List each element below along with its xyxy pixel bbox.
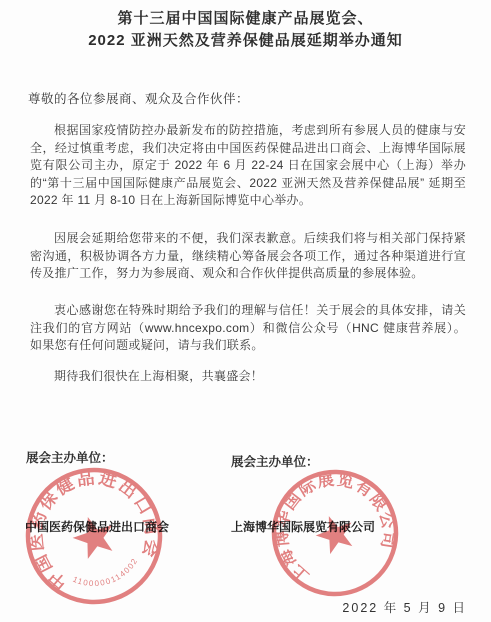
body-paragraph: 因展会延期给您带来的不便，我们深表歉意。后续我们将与相关部门保持紧密沟通，积极协… — [30, 230, 466, 283]
title-line-2: 2022 亚洲天然及营养保健品展延期举办通知 — [0, 30, 491, 52]
star-icon — [311, 510, 359, 557]
official-seal-left: 中国医药保健品进出口商会 1100000114002 — [14, 456, 174, 616]
official-seal-right: 上海博华国际展览有限公司 — [265, 463, 405, 603]
document-date: 2022 年 5 月 9 日 — [342, 598, 467, 616]
scanned-notice-document: 第十三届中国国际健康产品展览会、 2022 亚洲天然及营养保健品展延期举办通知 … — [0, 0, 491, 622]
star-icon — [68, 511, 120, 562]
body-paragraph: 衷心感谢您在特殊时期给予我们的理解与信任！关于展会的具体安排，请关注我们的官方网… — [30, 302, 466, 355]
body-paragraph: 根据国家疫情防控办最新发布的防控措施，考虑到所有参展人员的健康与安全，经过慎重考… — [30, 122, 466, 210]
page-title: 第十三届中国国际健康产品展览会、 2022 亚洲天然及营养保健品展延期举办通知 — [0, 8, 491, 52]
title-line-1: 第十三届中国国际健康产品展览会、 — [0, 8, 491, 30]
body-paragraph: 期待我们很快在上海相聚，共襄盛会！ — [30, 368, 466, 386]
salutation: 尊敬的各位参展商、观众及合作伙伴： — [28, 89, 465, 107]
